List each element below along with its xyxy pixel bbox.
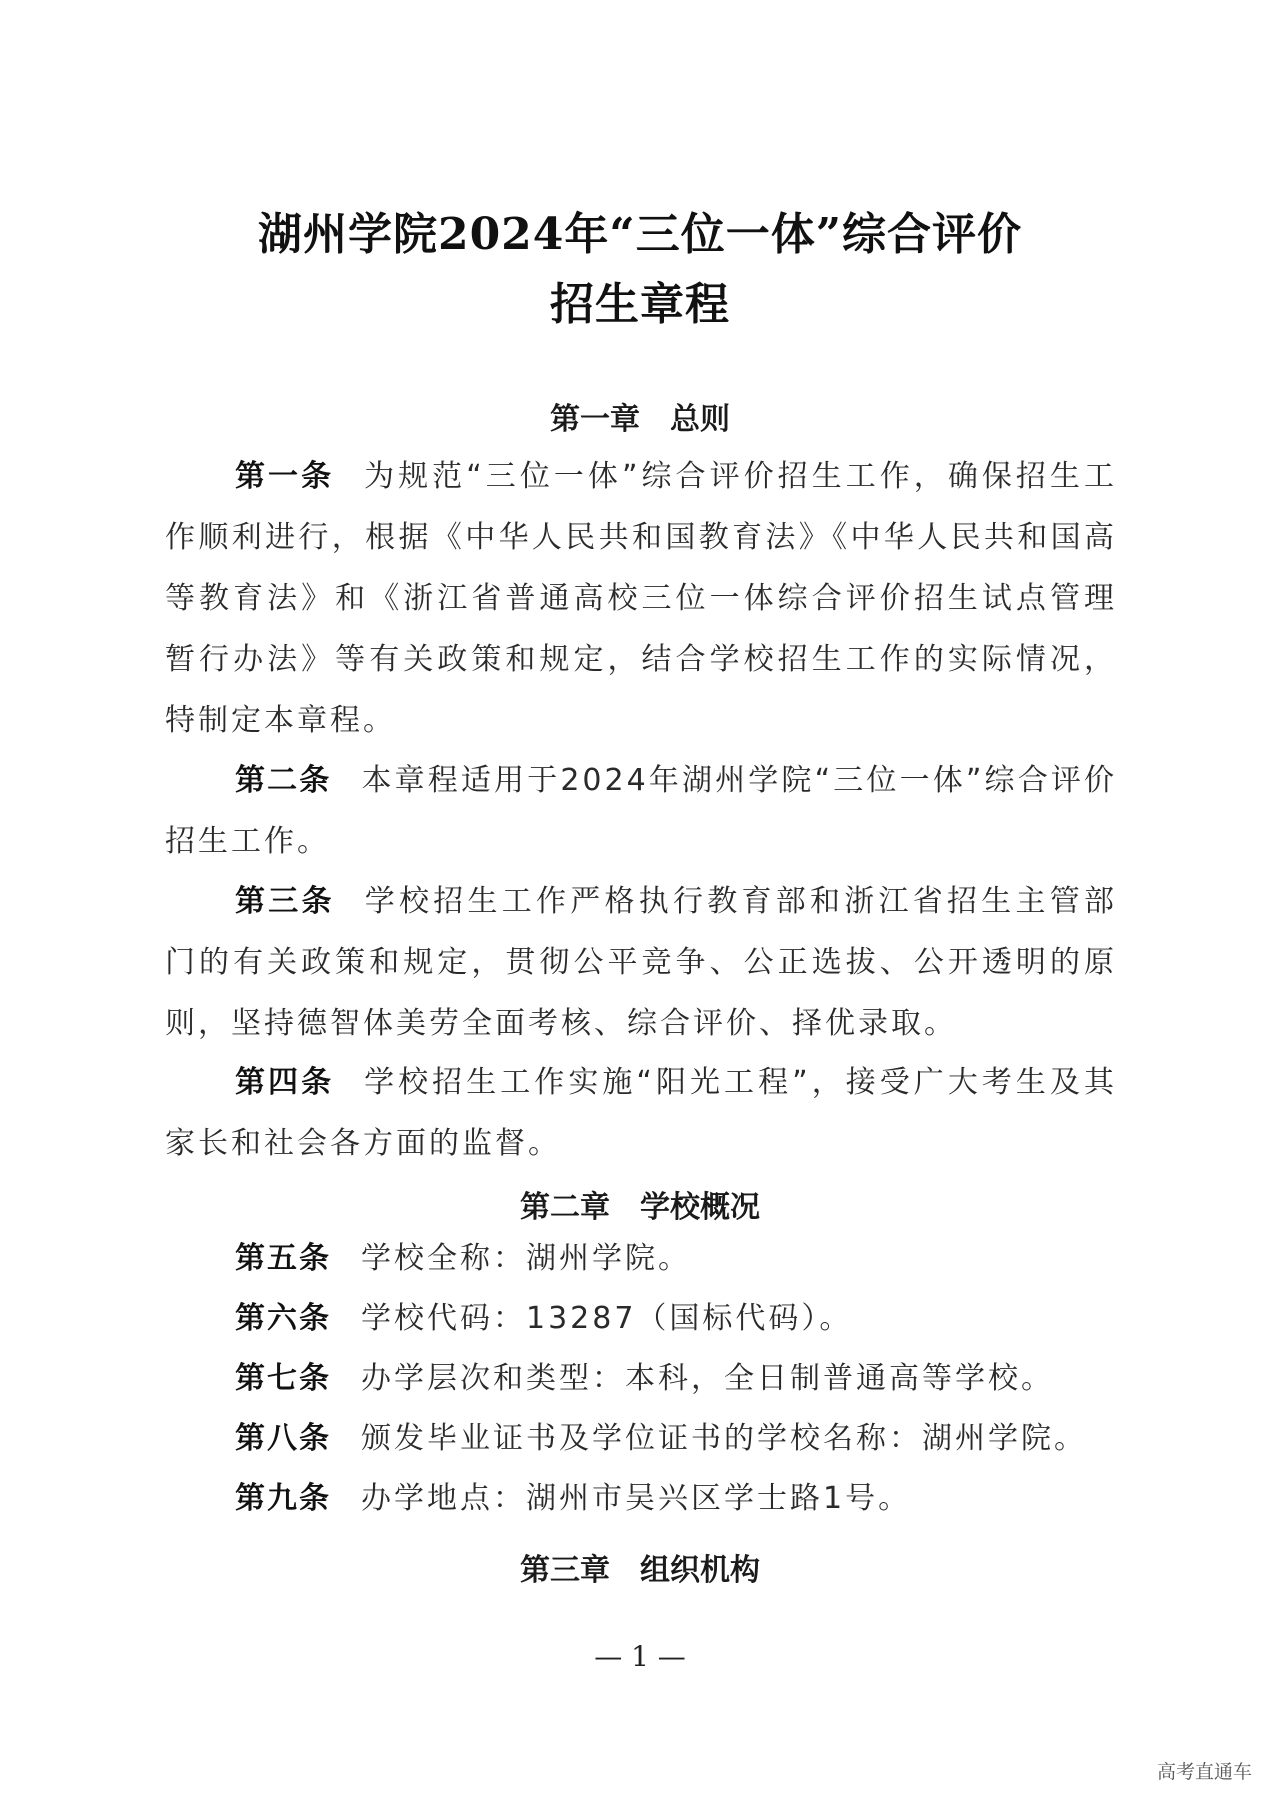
article-3: 第三条学校招生工作严格执行教育部和浙江省招生主管部门的有关政策和规定，贯彻公平竞… [165,871,1117,1054]
article-9-text: 办学地点：湖州市吴兴区学士路1号。 [361,1481,911,1516]
article-2: 第二条本章程适用于2024年湖州学院“三位一体”综合评价招生工作。 [165,750,1117,872]
article-6-text: 学校代码：13287（国标代码）。 [361,1301,852,1336]
article-4-label: 第四条 [235,1065,334,1100]
chapter-2-heading: 第二章 学校概况 [0,1182,1280,1226]
article-1-label: 第一条 [235,459,334,494]
chapter-3-heading: 第三章 组织机构 [0,1545,1280,1589]
article-4: 第四条学校招生工作实施“阳光工程”，接受广大考生及其家长和社会各方面的监督。 [165,1052,1117,1174]
article-1: 第一条为规范“三位一体”综合评价招生工作，确保招生工作顺利进行，根据《中华人民共… [165,446,1117,751]
page-number: — 1 — [0,1640,1280,1673]
article-5-text: 学校全称：湖州学院。 [361,1241,691,1276]
article-5-label: 第五条 [235,1241,331,1276]
article-7-text: 办学层次和类型：本科，全日制普通高等学校。 [361,1361,1054,1396]
article-2-label: 第二条 [235,763,331,798]
article-1-text: 为规范“三位一体”综合评价招生工作，确保招生工作顺利进行，根据《中华人民共和国教… [165,459,1117,738]
document-title-line-2: 招生章程 [0,268,1280,332]
article-9: 第九条办学地点：湖州市吴兴区学士路1号。 [165,1468,1117,1529]
article-9-label: 第九条 [235,1481,331,1516]
document-title-line-1: 湖州学院2024年“三位一体”综合评价 [0,198,1280,262]
article-8-text: 颁发毕业证书及学位证书的学校名称：湖州学院。 [361,1421,1087,1456]
chapter-1-heading: 第一章 总则 [0,394,1280,438]
article-8: 第八条颁发毕业证书及学位证书的学校名称：湖州学院。 [165,1408,1117,1469]
article-7-label: 第七条 [235,1361,331,1396]
watermark-text: 高考直通车 [1157,1757,1252,1784]
article-6: 第六条学校代码：13287（国标代码）。 [165,1288,1117,1349]
article-5: 第五条学校全称：湖州学院。 [165,1228,1117,1289]
article-8-label: 第八条 [235,1421,331,1456]
document-page: 湖州学院2024年“三位一体”综合评价 招生章程 第一章 总则 第一条为规范“三… [0,0,1280,1810]
article-6-label: 第六条 [235,1301,331,1336]
article-3-label: 第三条 [235,884,335,919]
article-7: 第七条办学层次和类型：本科，全日制普通高等学校。 [165,1348,1117,1409]
